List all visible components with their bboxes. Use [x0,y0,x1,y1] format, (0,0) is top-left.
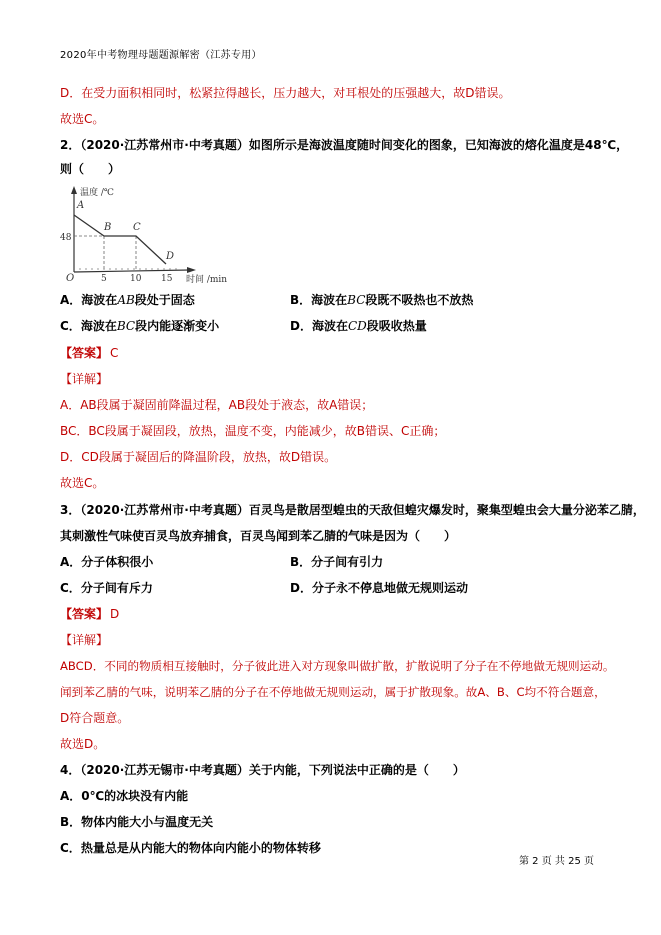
question-3-detail-line: ABCD．不同的物质相互接触时，分子彼此进入对方现象叫做扩散，扩散说明了分子在不… [60,658,614,674]
temperature-time-chart: A B C D 48 O 5 10 15 温度 /℃ 时间 /min [60,184,250,284]
explanation-line: D．在受力面积相同时，松紧拉得越长，压力越大，对耳根处的压强越大，故D错误。 [60,85,510,101]
question-2-detail-line: BC．BC段属于凝固段，放热，温度不变，内能减少，故B错误、C正确； [60,423,445,439]
question-3-detail-label: 【详解】 [60,632,108,648]
answer-label: 【答案】 [60,346,108,360]
answer-value: C [110,346,118,360]
question-4-option-c: C．热量总是从内能大的物体向内能小的物体转移 [60,840,321,856]
question-2-detail-label: 【详解】 [60,371,108,387]
page-header-title: 2020年中考物理母题题源解密（江苏专用） [60,46,262,61]
point-label-b: B [103,222,111,233]
answer-value: D [110,607,119,621]
x-axis-label: 时间 /min [186,273,227,284]
question-2-stem-line-1: 2．（2020·江苏常州市·中考真题）如图所示是海波温度随时间变化的图象，已知海… [60,137,628,153]
question-2-options-row-1: A．海波在AB段处于固态 B．海波在BC段既不吸热也不放热 [60,292,620,308]
question-3-options-row-2: C．分子间有斥力 D．分子永不停息地做无规则运动 [60,580,620,596]
question-3-answer: 【答案】D [60,606,119,622]
answer-label: 【答案】 [60,607,108,621]
question-2-stem-line-2: 则（ ） [60,161,120,177]
x-tick-15: 15 [161,274,173,284]
question-3-detail-line: 闻到苯乙腈的气味，说明苯乙腈的分子在不停地做无规则运动，属于扩散现象。故A、B、… [60,684,606,700]
question-2-option-a: A．海波在AB段处于固态 [60,292,195,308]
x-origin-label: O [66,273,74,284]
question-3-option-d: D．分子永不停息地做无规则运动 [290,580,468,596]
question-4-stem-line-1: 4．（2020·江苏无锡市·中考真题）关于内能，下列说法中正确的是（ ） [60,762,465,778]
question-3-option-c: C．分子间有斥力 [60,580,153,596]
question-2-detail-line: A．AB段属于凝固前降温过程，AB段处于液态，故A错误； [60,397,373,413]
question-2-choice: 故选C。 [60,475,104,491]
question-2-options-row-2: C．海波在BC段内能逐渐变小 D．海波在CD段吸收热量 [60,318,620,334]
question-4-option-b: B．物体内能大小与温度无关 [60,814,213,830]
question-2-option-c: C．海波在BC段内能逐渐变小 [60,318,219,334]
question-3-detail-line: D符合题意。 [60,710,129,726]
point-label-d: D [165,251,174,262]
question-3-option-b: B．分子间有引力 [290,554,383,570]
question-2-answer: 【答案】C [60,345,118,361]
question-3-option-a: A．分子体积很小 [60,554,153,570]
question-2-detail-line: D．CD段属于凝固后的降温阶段，放热，故D错误。 [60,449,336,465]
x-tick-5: 5 [101,274,107,284]
page-number: 第 2 页 共 25 页 [519,852,594,867]
question-2-option-d: D．海波在CD段吸收热量 [290,318,427,334]
question-2-option-b: B．海波在BC段既不吸热也不放热 [290,292,473,308]
question-3-stem-line-1: 3．（2020·江苏常州市·中考真题）百灵鸟是散居型蝗虫的天敌但蝗灾爆发时，聚集… [60,502,645,518]
y-axis-label: 温度 /℃ [80,186,114,198]
question-4-option-a: A．0℃的冰块没有内能 [60,788,188,804]
x-tick-10: 10 [130,274,142,284]
question-3-options-row-1: A．分子体积很小 B．分子间有引力 [60,554,620,570]
question-3-stem-line-2: 其刺激性气味使百灵鸟放弃捕食，百灵鸟闻到苯乙腈的气味是因为（ ） [60,528,456,544]
point-label-c: C [133,222,141,233]
choice-line: 故选C。 [60,111,104,127]
y-tick-48: 48 [60,233,72,243]
point-label-a: A [76,200,84,211]
question-3-choice: 故选D。 [60,736,105,752]
